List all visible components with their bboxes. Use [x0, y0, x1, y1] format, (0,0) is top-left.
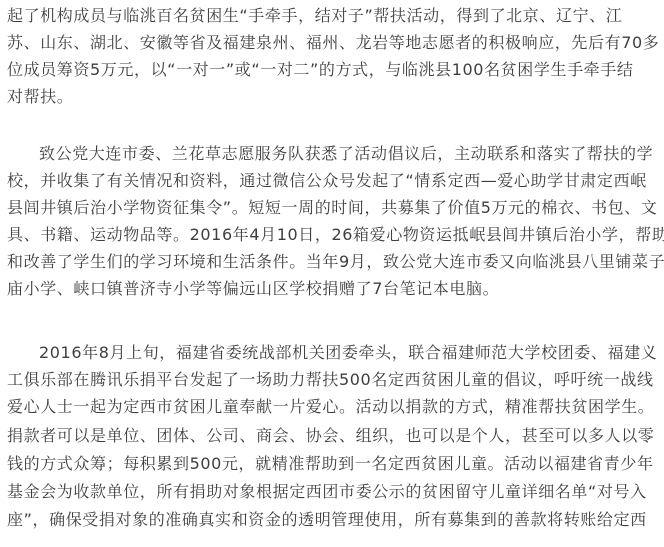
paragraph-3-line-5: 钱的方式众筹；每积累到500元，就精准帮助到一名定西贫困儿童。活动以福建省青少年: [7, 452, 654, 476]
paragraph-3-line-6: 基金会为收款单位，所有捐助对象根据定西团市委公示的贫困留守儿童详细名单“对号入: [7, 480, 647, 504]
paragraph-2-line-2: 校，并收集了有关情况和资料，通过微信公众号发起了“情系定西—爱心助学甘肃定西岷: [7, 169, 647, 193]
paragraph-3-line-2: 工俱乐部在腾讯乐捐平台发起了一场助力帮扶500名定西贫困儿童的倡议，呼吁统一战线: [7, 368, 654, 392]
paragraph-2-line-6: 庙小学、峡口镇普济寺小学等偏远山区学校捐赠了7台笔记本电脑。: [7, 277, 499, 301]
paragraph-3-line-1: 2016年8月上旬，福建省委统战部机关团委牵头，联合福建师范大学校团委、福建义: [7, 341, 657, 365]
paragraph-1-line-3: 位成员筹资5万元，以“一对一”或“一对二”的方式，与临洮县100名贫困学生手牵手…: [7, 58, 633, 82]
paragraph-3-line-4: 捐款者可以是单位、团体、公司、商会、协会、组织，也可以是个人，甚至可以多人以零: [7, 424, 654, 448]
paragraph-1-line-1: 起了机构成员与临洮百名贫困生“手牵手，结对子”帮扶活动，得到了北京、辽宁、江: [7, 4, 622, 28]
paragraph-3-line-3: 爱心人士一起为定西市贫困儿童奉献一片爱心。活动以捐款的方式，精准帮扶贫困学生。: [7, 395, 654, 419]
paragraph-3-line-7: 座”，确保受捐对象的准确真实和资金的透明管理使用，所有募集到的善款将转账给定西: [7, 508, 647, 532]
paragraph-2-line-3: 县闾井镇后治小学物资征集令”。短短一周的时间，共募集了价值5万元的棉衣、书包、文: [7, 196, 657, 220]
paragraph-2-line-5: 和改善了学生们的学习环境和生活条件。当年9月，致公党大连市委又向临洮县八里铺菜子: [7, 250, 664, 274]
paragraph-2-line-4: 具、书籍、运动物品等。2016年4月10日，26箱爱心物资运抵岷县闾井镇后治小学…: [7, 223, 664, 247]
paragraph-1-line-2: 苏、山东、湖北、安徽等省及福建泉州、福州、龙岩等地志愿者的积极响应，先后有70多: [7, 31, 659, 55]
paragraph-1-line-4: 对帮扶。: [7, 85, 73, 109]
paragraph-2-line-1: 致公党大连市委、兰花草志愿服务队获悉了活动倡议后，主动联系和落实了帮扶的学: [7, 142, 653, 166]
